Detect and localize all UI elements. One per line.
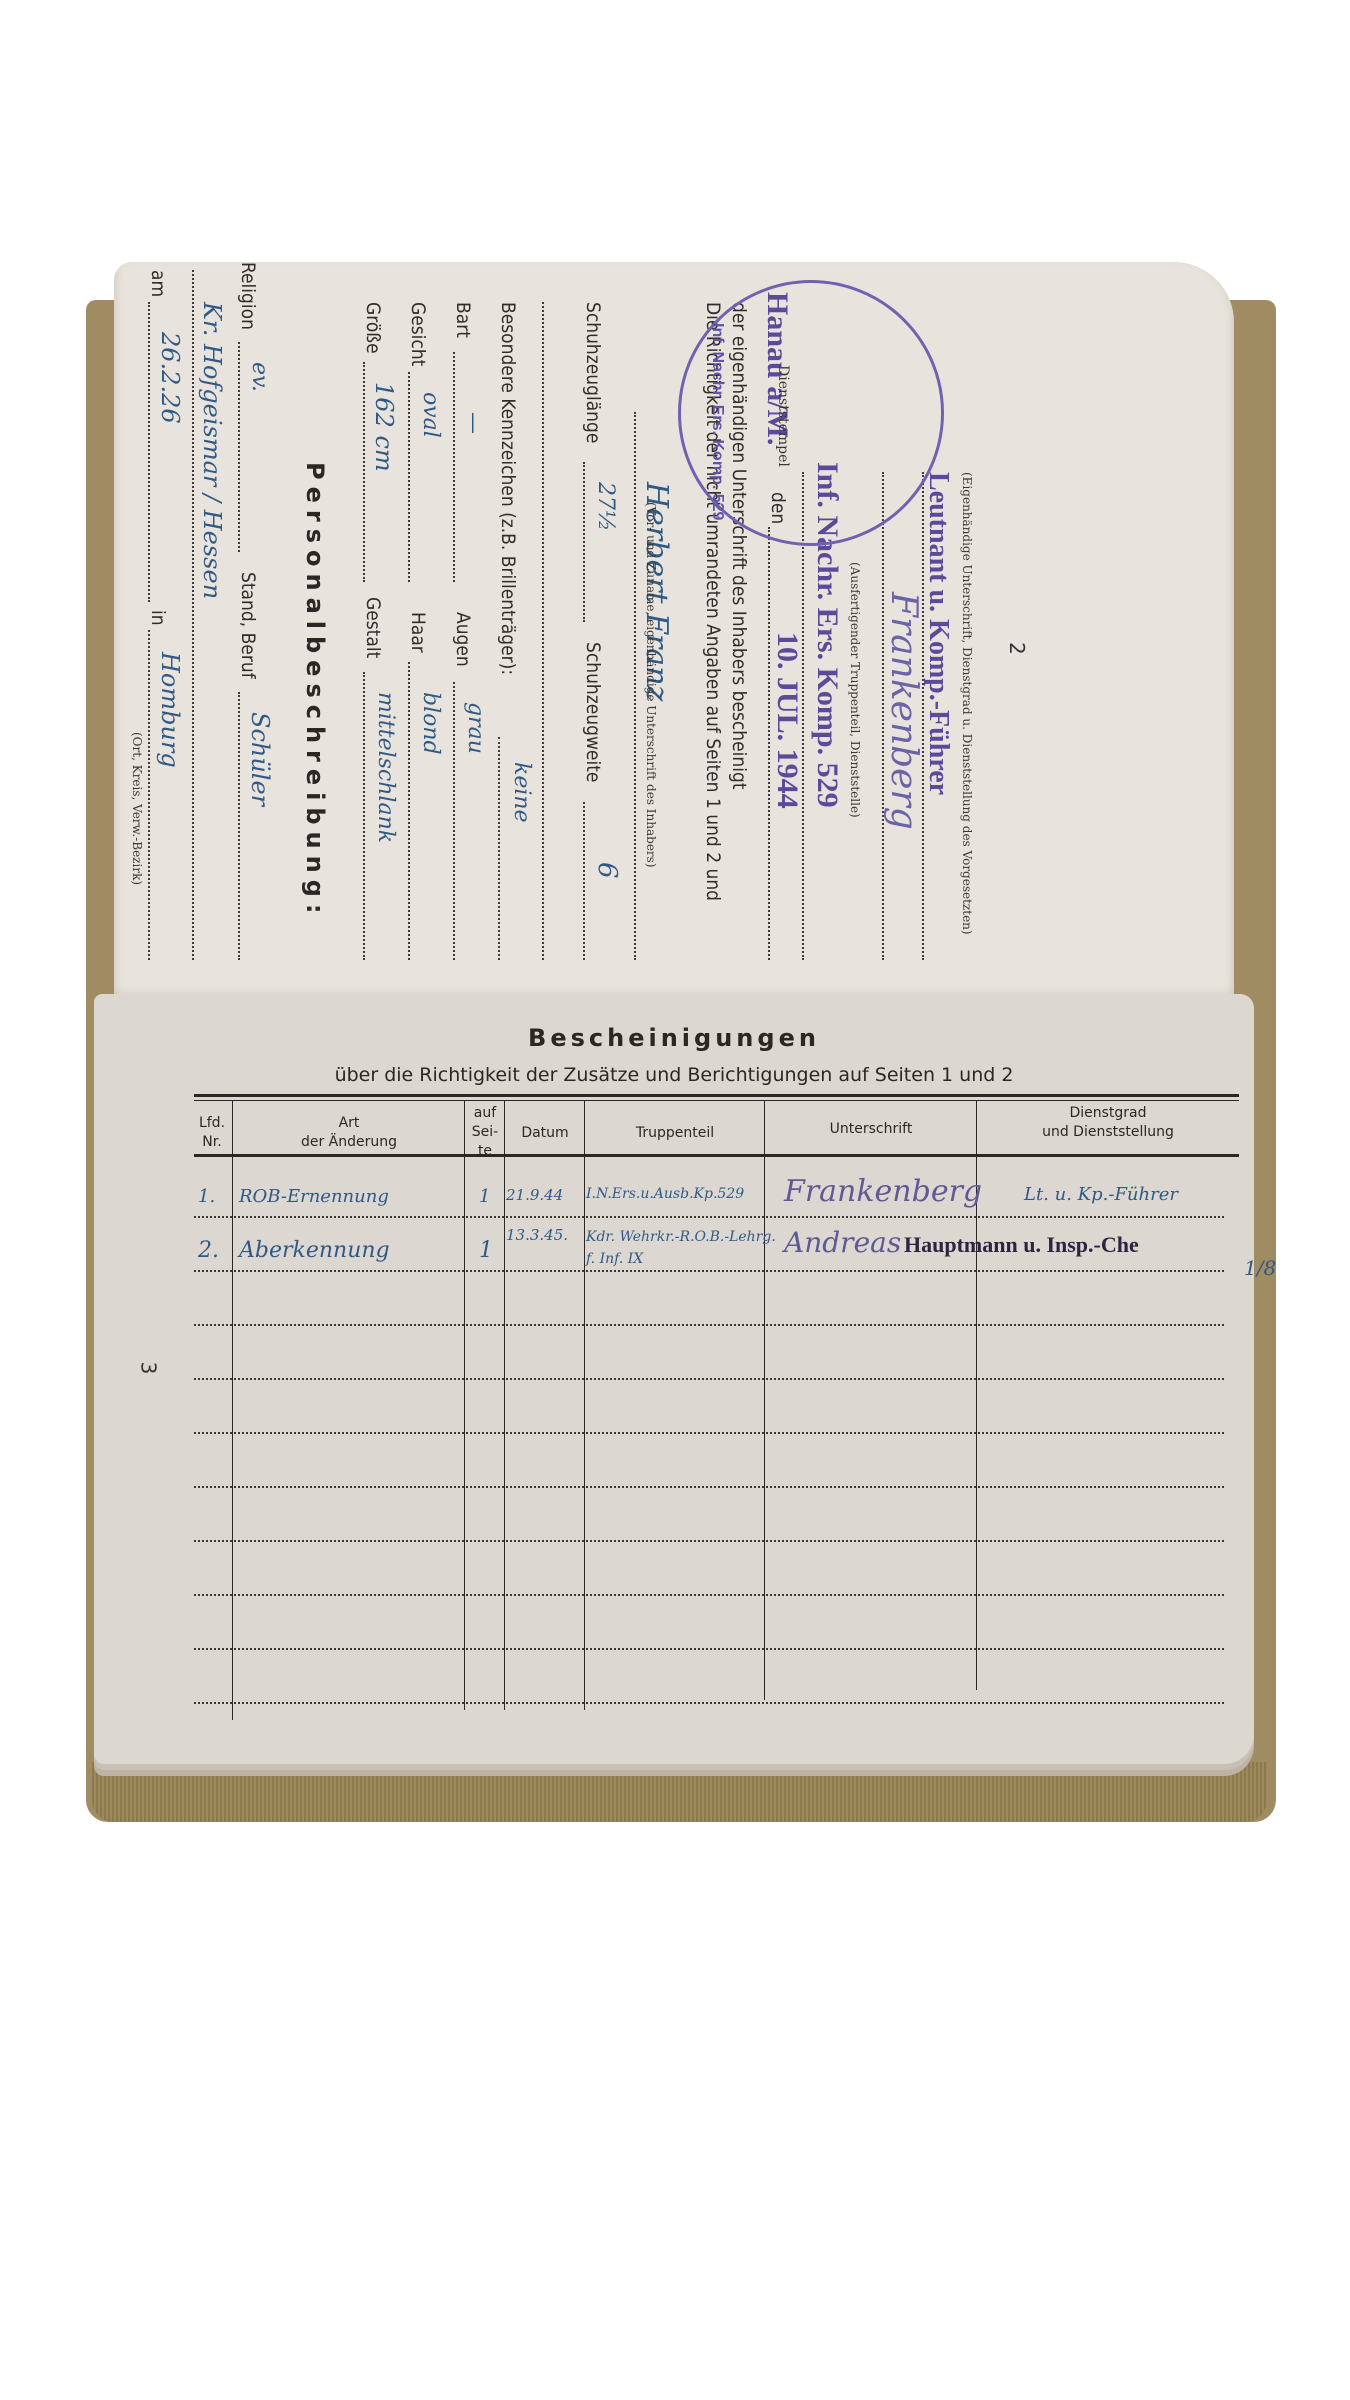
official-seal: Inf. Nachr. Ers. Komp. 529 Dienststempel	[678, 280, 944, 546]
row-separator	[194, 1270, 1224, 1272]
column-header-dienstgrad: Dienstgradund Dienststellung	[978, 1104, 1238, 1142]
row-2-dienstgrad-stamp: Hauptmann u. Insp.-Che	[904, 1232, 1139, 1258]
signature-caption: (Vor- und Zuname, eigenhändige Unterschr…	[644, 502, 658, 868]
row-2-seite: 1	[479, 1238, 493, 1263]
build-value: mittelschlank	[373, 692, 398, 843]
dotted-line	[882, 472, 884, 960]
dotted-line	[148, 630, 150, 960]
occupation-value: Schüler	[246, 712, 274, 806]
dotted-line	[453, 352, 455, 582]
dotted-line	[498, 737, 500, 960]
dotted-line	[453, 682, 455, 960]
shoe-width-value: 6	[592, 862, 622, 879]
row-separator	[194, 1432, 1224, 1434]
dotted-line	[408, 662, 410, 960]
dotted-line	[363, 362, 365, 582]
page-2-personal-description: am 26.2.26 in Homburg (Ort, Kreis, Verw.…	[114, 262, 1234, 1002]
height-label: Größe	[362, 302, 384, 354]
dotted-line	[192, 270, 194, 960]
row-1-dienstgrad: Lt. u. Kp.-Führer	[1024, 1184, 1178, 1205]
dotted-line	[408, 372, 410, 582]
marks-label: Besondere Kennzeichen (z.B. Brillenträge…	[497, 302, 519, 675]
beard-label: Bart	[452, 302, 474, 338]
header-rule-top-thin	[194, 1100, 1239, 1101]
face-label: Gesicht	[407, 302, 429, 366]
column-divider	[764, 1100, 765, 1700]
dotted-line	[148, 302, 150, 602]
row-separator	[194, 1378, 1224, 1380]
row-1-datum: 21.9.44	[506, 1186, 563, 1204]
eyes-value: grau	[463, 702, 488, 754]
row-1-nr: 1.	[198, 1186, 215, 1207]
religion-label: Religion	[237, 262, 259, 330]
born-place-value: Homburg	[156, 652, 184, 768]
row-separator	[194, 1594, 1224, 1596]
row-2-truppenteil: Kdr. Wehrkr.-R.O.B.-Lehrg. f. Inf. IX	[586, 1226, 786, 1270]
seal-center-text: Dienststempel	[775, 365, 791, 467]
dotted-line	[238, 342, 240, 552]
officer-signature: Frankenberg	[883, 592, 924, 830]
dotted-line	[583, 462, 585, 622]
hair-label: Haar	[407, 612, 429, 653]
dotted-line	[583, 802, 585, 960]
margin-note: 1/8	[1244, 1256, 1276, 1280]
column-divider	[504, 1100, 505, 1710]
height-value: 162 cm	[370, 382, 398, 472]
build-label: Gestalt	[362, 597, 384, 658]
born-date-value: 26.2.26	[156, 332, 184, 424]
dotted-line	[634, 412, 636, 960]
page-number-3: 3	[136, 1362, 160, 1375]
cover-cloth-spine	[92, 1762, 1267, 1822]
row-1-seite: 1	[479, 1186, 490, 1207]
column-header-art-der-aenderung: Artder Änderung	[234, 1114, 464, 1152]
certifications-subtitle: über die Richtigkeit der Zusätze und Ber…	[94, 1064, 1254, 1086]
rank-stamp: Leutnant u. Komp.-Führer	[922, 472, 954, 795]
row-separator	[194, 1324, 1224, 1326]
row-2-unterschrift: Andreas	[784, 1226, 901, 1259]
row-2-nr: 2.	[198, 1238, 219, 1263]
column-divider	[232, 1100, 233, 1720]
page-number-2: 2	[1005, 642, 1029, 655]
eyes-label: Augen	[452, 612, 474, 667]
header-rule-top	[194, 1094, 1239, 1097]
unit-caption: (Ausfertigender Truppenteil, Dienststell…	[848, 562, 862, 818]
dotted-line	[363, 672, 365, 960]
column-header-truppenteil: Truppenteil	[586, 1124, 764, 1143]
column-header-lfd-nr: Lfd.Nr.	[192, 1114, 232, 1152]
religion-value: ev.	[247, 362, 272, 392]
rank-caption: (Eigenhändige Unterschrift, Dienstgrad u…	[960, 472, 974, 935]
column-divider	[584, 1100, 585, 1710]
born-place-label: in	[147, 610, 169, 626]
beard-value: —	[461, 412, 486, 434]
shoe-length-label: Schuhzeuglänge	[582, 302, 604, 443]
dotted-line	[238, 692, 240, 960]
header-rule-bottom	[194, 1154, 1239, 1157]
soldbuch-open-booklet: am 26.2.26 in Homburg (Ort, Kreis, Verw.…	[86, 262, 1276, 1822]
column-header-unterschrift: Unterschrift	[766, 1120, 976, 1139]
shoe-width-label: Schuhzeugweite	[582, 642, 604, 782]
row-separator	[194, 1216, 1224, 1218]
row-separator	[194, 1648, 1224, 1650]
born-on-label: am	[147, 270, 169, 297]
hair-value: blond	[418, 692, 443, 755]
row-separator	[194, 1702, 1224, 1704]
face-value: oval	[418, 392, 443, 438]
dotted-line	[542, 302, 544, 960]
column-header-auf-seite: aufSei-te	[466, 1104, 504, 1161]
row-1-art: ROB-Ernennung	[239, 1186, 389, 1207]
row-1-truppenteil: I.N.Ers.u.Ausb.Kp.529	[586, 1186, 744, 1202]
born-place-caption: (Ort, Kreis, Verw.-Bezirk)	[130, 732, 144, 885]
row-separator	[194, 1540, 1224, 1542]
row-2-art: Aberkennung	[239, 1238, 390, 1263]
row-1-unterschrift: Frankenberg	[784, 1174, 982, 1209]
row-2-datum: 13.3.45.	[506, 1226, 582, 1244]
shoe-length-value: 27½	[593, 482, 618, 531]
section-title-personalbeschreibung: Personalbeschreibung:	[301, 462, 329, 921]
date-stamp: 10. JUL. 1944	[770, 632, 804, 809]
certifications-title: Bescheinigungen	[94, 1024, 1254, 1052]
marks-value: keine	[509, 762, 534, 823]
row-separator	[194, 1486, 1224, 1488]
seal-ring-text: Inf. Nachr. Ers. Komp. 529	[708, 323, 726, 520]
column-divider	[464, 1100, 465, 1710]
page-3-certifications: Bescheinigungen über die Richtigkeit der…	[94, 994, 1254, 1764]
column-header-datum: Datum	[506, 1124, 584, 1143]
occupation-label: Stand, Beruf	[237, 572, 259, 679]
district-value: Kr. Hofgeismar / Hessen	[198, 302, 226, 599]
